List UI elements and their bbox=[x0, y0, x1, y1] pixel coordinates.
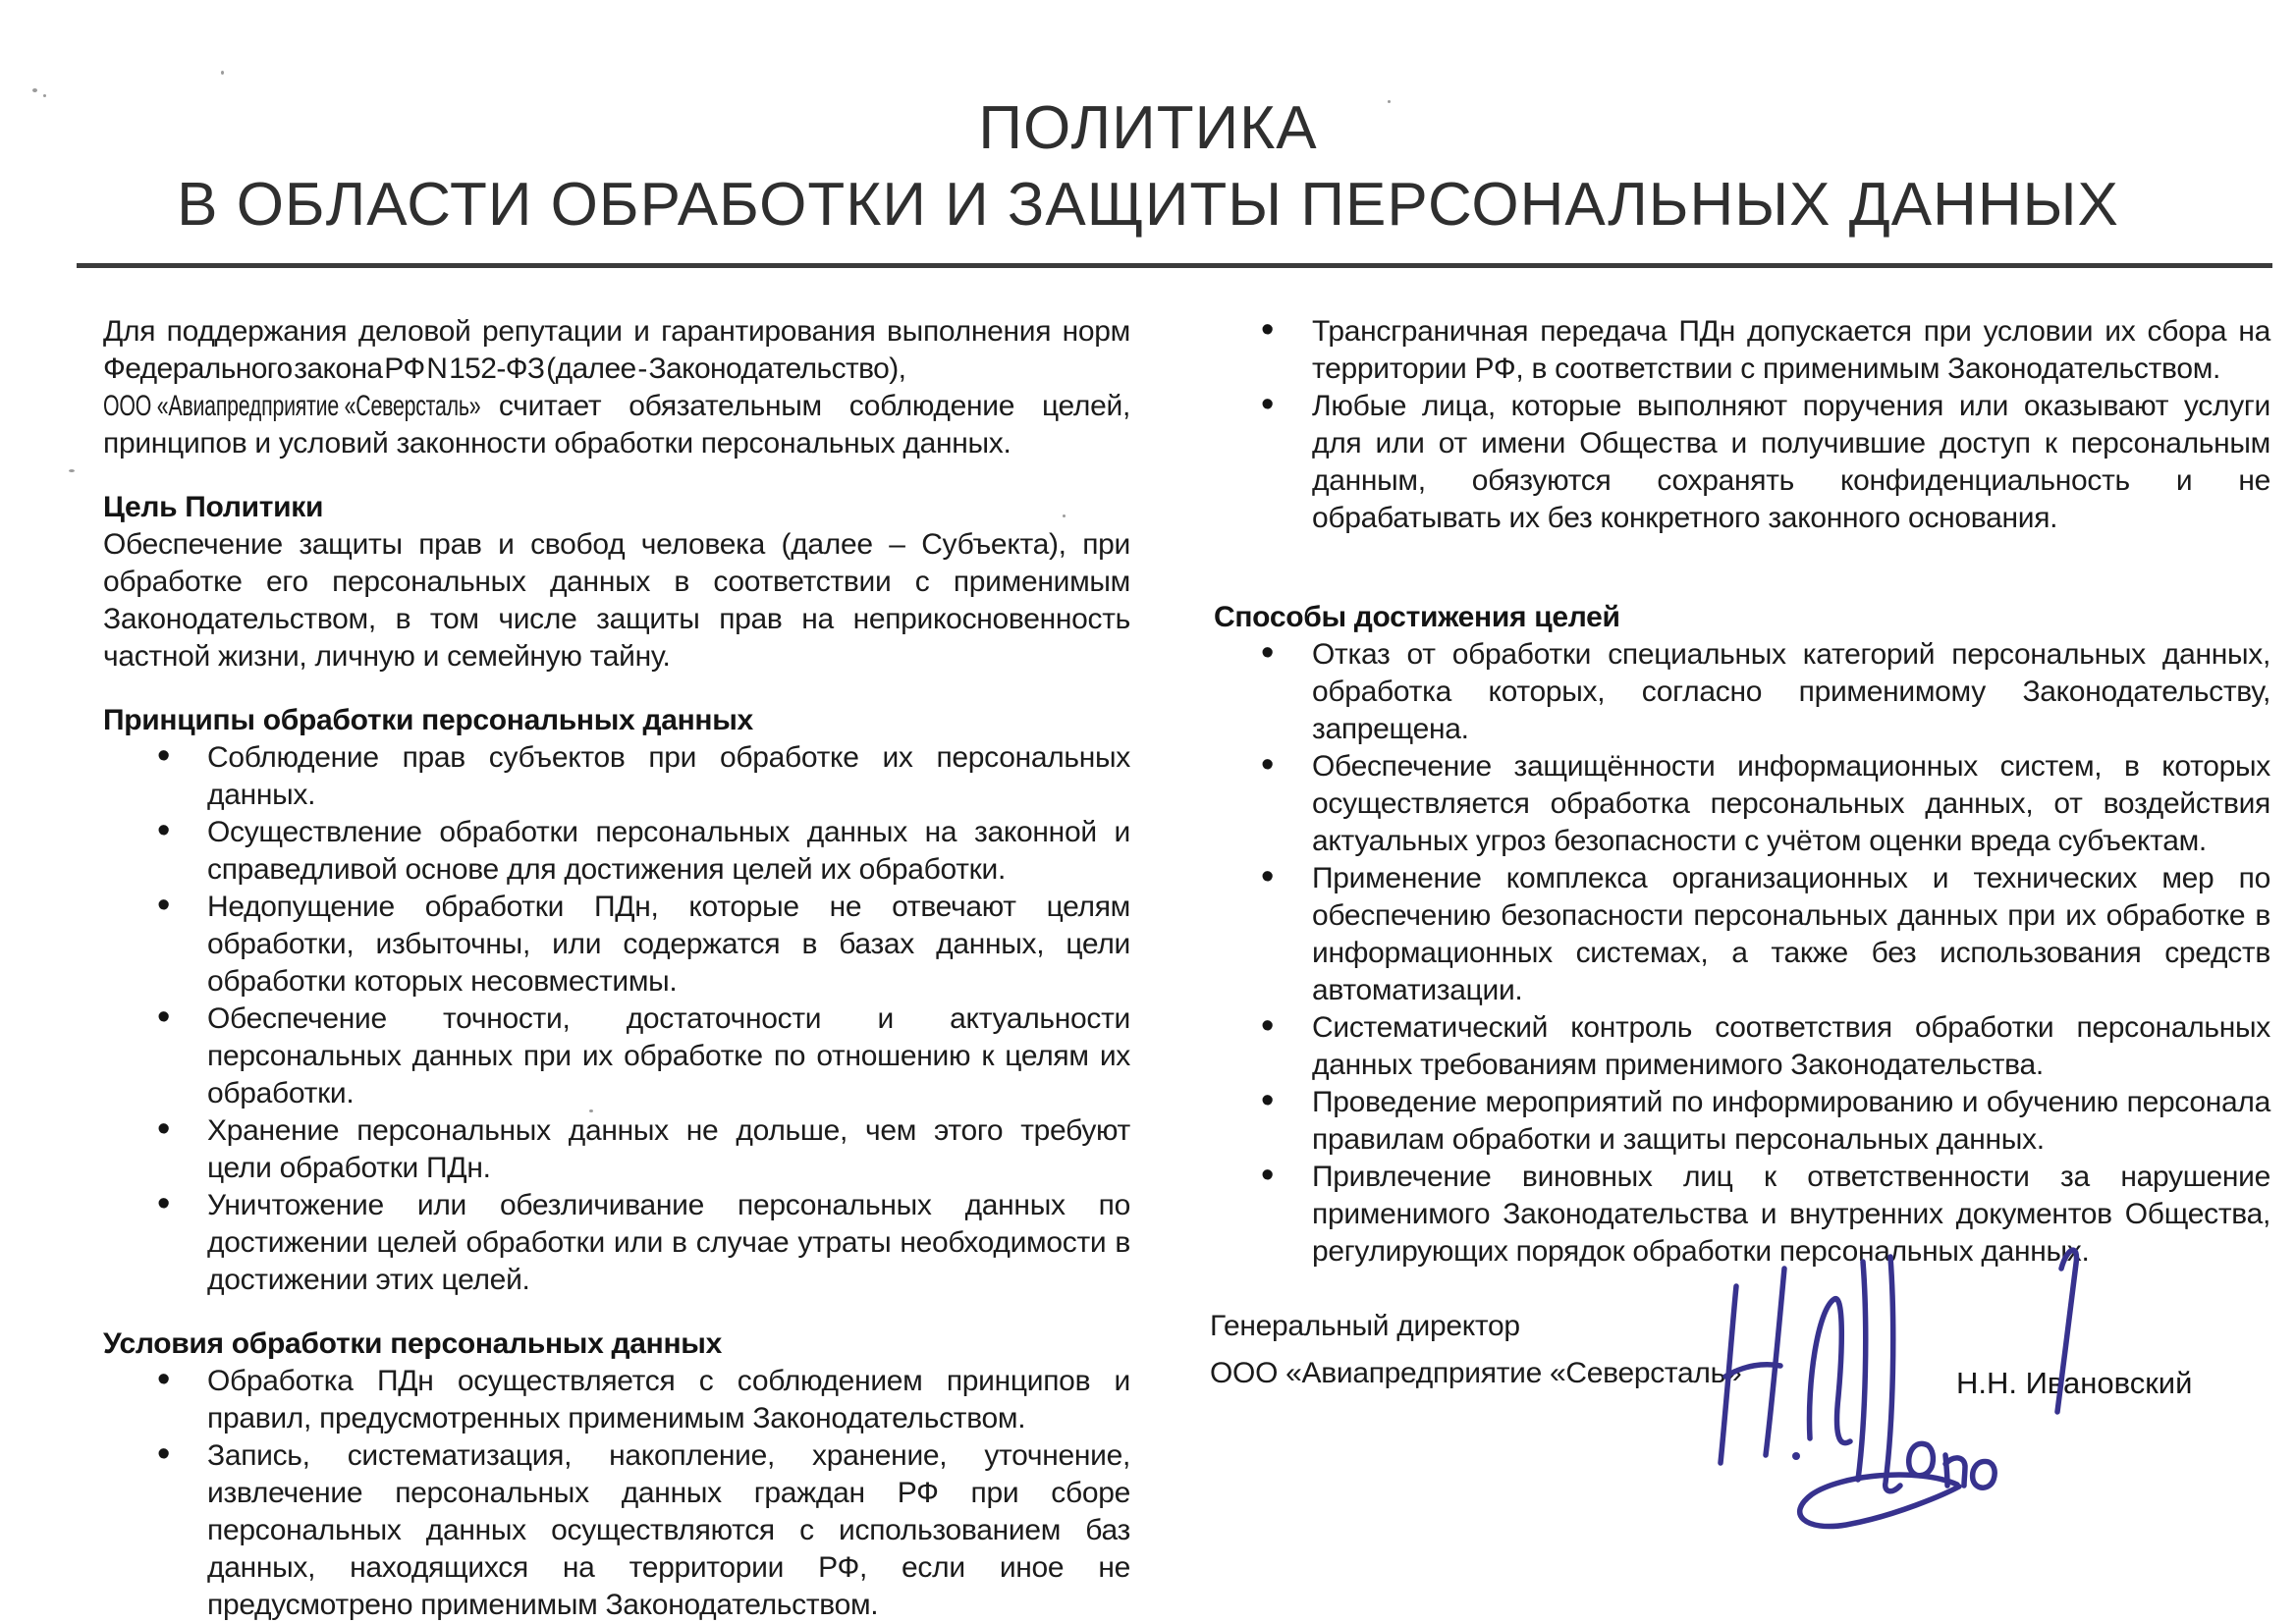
left-column: Для поддержания деловой репутации и гара… bbox=[103, 313, 1130, 1623]
scan-speck bbox=[32, 88, 37, 92]
title-line-2: В ОБЛАСТИ ОБРАБОТКИ И ЗАЩИТЫ ПЕРСОНАЛЬНЫ… bbox=[0, 171, 2296, 240]
bullet-item: Недопущение обработки ПДн, которые не от… bbox=[103, 889, 1130, 1001]
scan-speck bbox=[43, 94, 46, 97]
scan-speck bbox=[69, 469, 75, 472]
document-page: ПОЛИТИКА В ОБЛАСТИ ОБРАБОТКИ И ЗАЩИТЫ ПЕ… bbox=[0, 0, 2296, 1623]
signature-stroke bbox=[1810, 1299, 1850, 1443]
intro-paragraph: Для поддержания деловой репутации и гара… bbox=[103, 313, 1130, 462]
section-heading-conditions: Условия обработки персональных данных bbox=[103, 1325, 1130, 1363]
bullet-item: Уничтожение или обезличивание персональн… bbox=[103, 1187, 1130, 1299]
bullet-item: Обеспечение защищённости информационных … bbox=[1214, 748, 2270, 860]
right-column: Трансграничная передача ПДн допускается … bbox=[1214, 313, 2270, 1271]
bullet-item: Соблюдение прав субъектов при обработке … bbox=[103, 739, 1130, 814]
signer-role-line-2: ООО «Авиапредприятие «Северсталь» bbox=[1210, 1355, 1741, 1392]
bullet-item: Трансграничная передача ПДн допускается … bbox=[1214, 313, 2270, 388]
signature-stroke bbox=[1886, 1257, 1900, 1491]
bullet-item: Отказ от обработки специальных категорий… bbox=[1214, 636, 2270, 748]
intro-line-3-rest: считает обязательным соблюдение целей, bbox=[499, 390, 1130, 422]
goal-paragraph: Обеспечение защиты прав и свобод человек… bbox=[103, 526, 1130, 676]
scan-speck bbox=[221, 71, 224, 75]
company-name-condensed: ООО «Авиапредприятие «Северсталь» bbox=[103, 388, 364, 425]
bullet-item: Хранение персональных данных не дольше, … bbox=[103, 1112, 1130, 1187]
intro-line-2: Федерального закона РФ N 152-ФЗ (далее -… bbox=[103, 351, 1130, 388]
bullet-item: Обработка ПДн осуществляется с соблюдени… bbox=[103, 1363, 1130, 1437]
principles-list: Соблюдение прав субъектов при обработке … bbox=[103, 739, 1130, 1299]
scan-speck bbox=[589, 1109, 593, 1112]
section-heading-goal: Цель Политики bbox=[103, 489, 1130, 526]
section-heading-methods: Способы достижения целей bbox=[1214, 599, 2270, 636]
intro-line-3: ООО «Авиапредприятие «Северсталь» считае… bbox=[103, 388, 1130, 425]
signature-stroke bbox=[2057, 1250, 2076, 1412]
bullet-item: Систематический контроль соответствия об… bbox=[1214, 1009, 2270, 1084]
bullet-item: Применение комплекса организационных и т… bbox=[1214, 860, 2270, 1009]
signature-stroke bbox=[1909, 1443, 1934, 1475]
section-heading-principles: Принципы обработки персональных данных bbox=[103, 702, 1130, 739]
signature-stroke bbox=[1766, 1269, 1784, 1455]
document-title: ПОЛИТИКА В ОБЛАСТИ ОБРАБОТКИ И ЗАЩИТЫ ПЕ… bbox=[0, 94, 2296, 240]
signature-stroke bbox=[1973, 1461, 1995, 1488]
signature-dot bbox=[1792, 1452, 1800, 1460]
title-rule bbox=[77, 263, 2272, 268]
signature-stroke bbox=[1858, 1262, 1866, 1480]
bullet-item: Обеспечение точности, достаточности и ак… bbox=[103, 1001, 1130, 1112]
bullet-item: Любые лица, которые выполняют поручения … bbox=[1214, 388, 2270, 537]
bullet-item: Осуществление обработки персональных дан… bbox=[103, 814, 1130, 889]
conditions-list: Обработка ПДн осуществляется с соблюдени… bbox=[103, 1363, 1130, 1623]
handwritten-signature-ink bbox=[1669, 1208, 2141, 1600]
signature-stroke bbox=[1800, 1475, 1959, 1527]
signer-role-line-1: Генеральный директор bbox=[1210, 1308, 1520, 1345]
intro-line-4: принципов и условий законности обработки… bbox=[103, 425, 1130, 462]
scan-speck bbox=[1388, 100, 1391, 103]
methods-list: Отказ от обработки специальных категорий… bbox=[1214, 636, 2270, 1271]
bullet-item: Проведение мероприятий по информированию… bbox=[1214, 1084, 2270, 1159]
scan-speck bbox=[1063, 514, 1066, 517]
bullet-item: Запись, систематизация, накопление, хран… bbox=[103, 1437, 1130, 1623]
title-line-1: ПОЛИТИКА bbox=[0, 94, 2296, 163]
intro-line-1: Для поддержания деловой репутации и гара… bbox=[103, 313, 1130, 351]
conditions-list-continued: Трансграничная передача ПДн допускается … bbox=[1214, 313, 2270, 537]
